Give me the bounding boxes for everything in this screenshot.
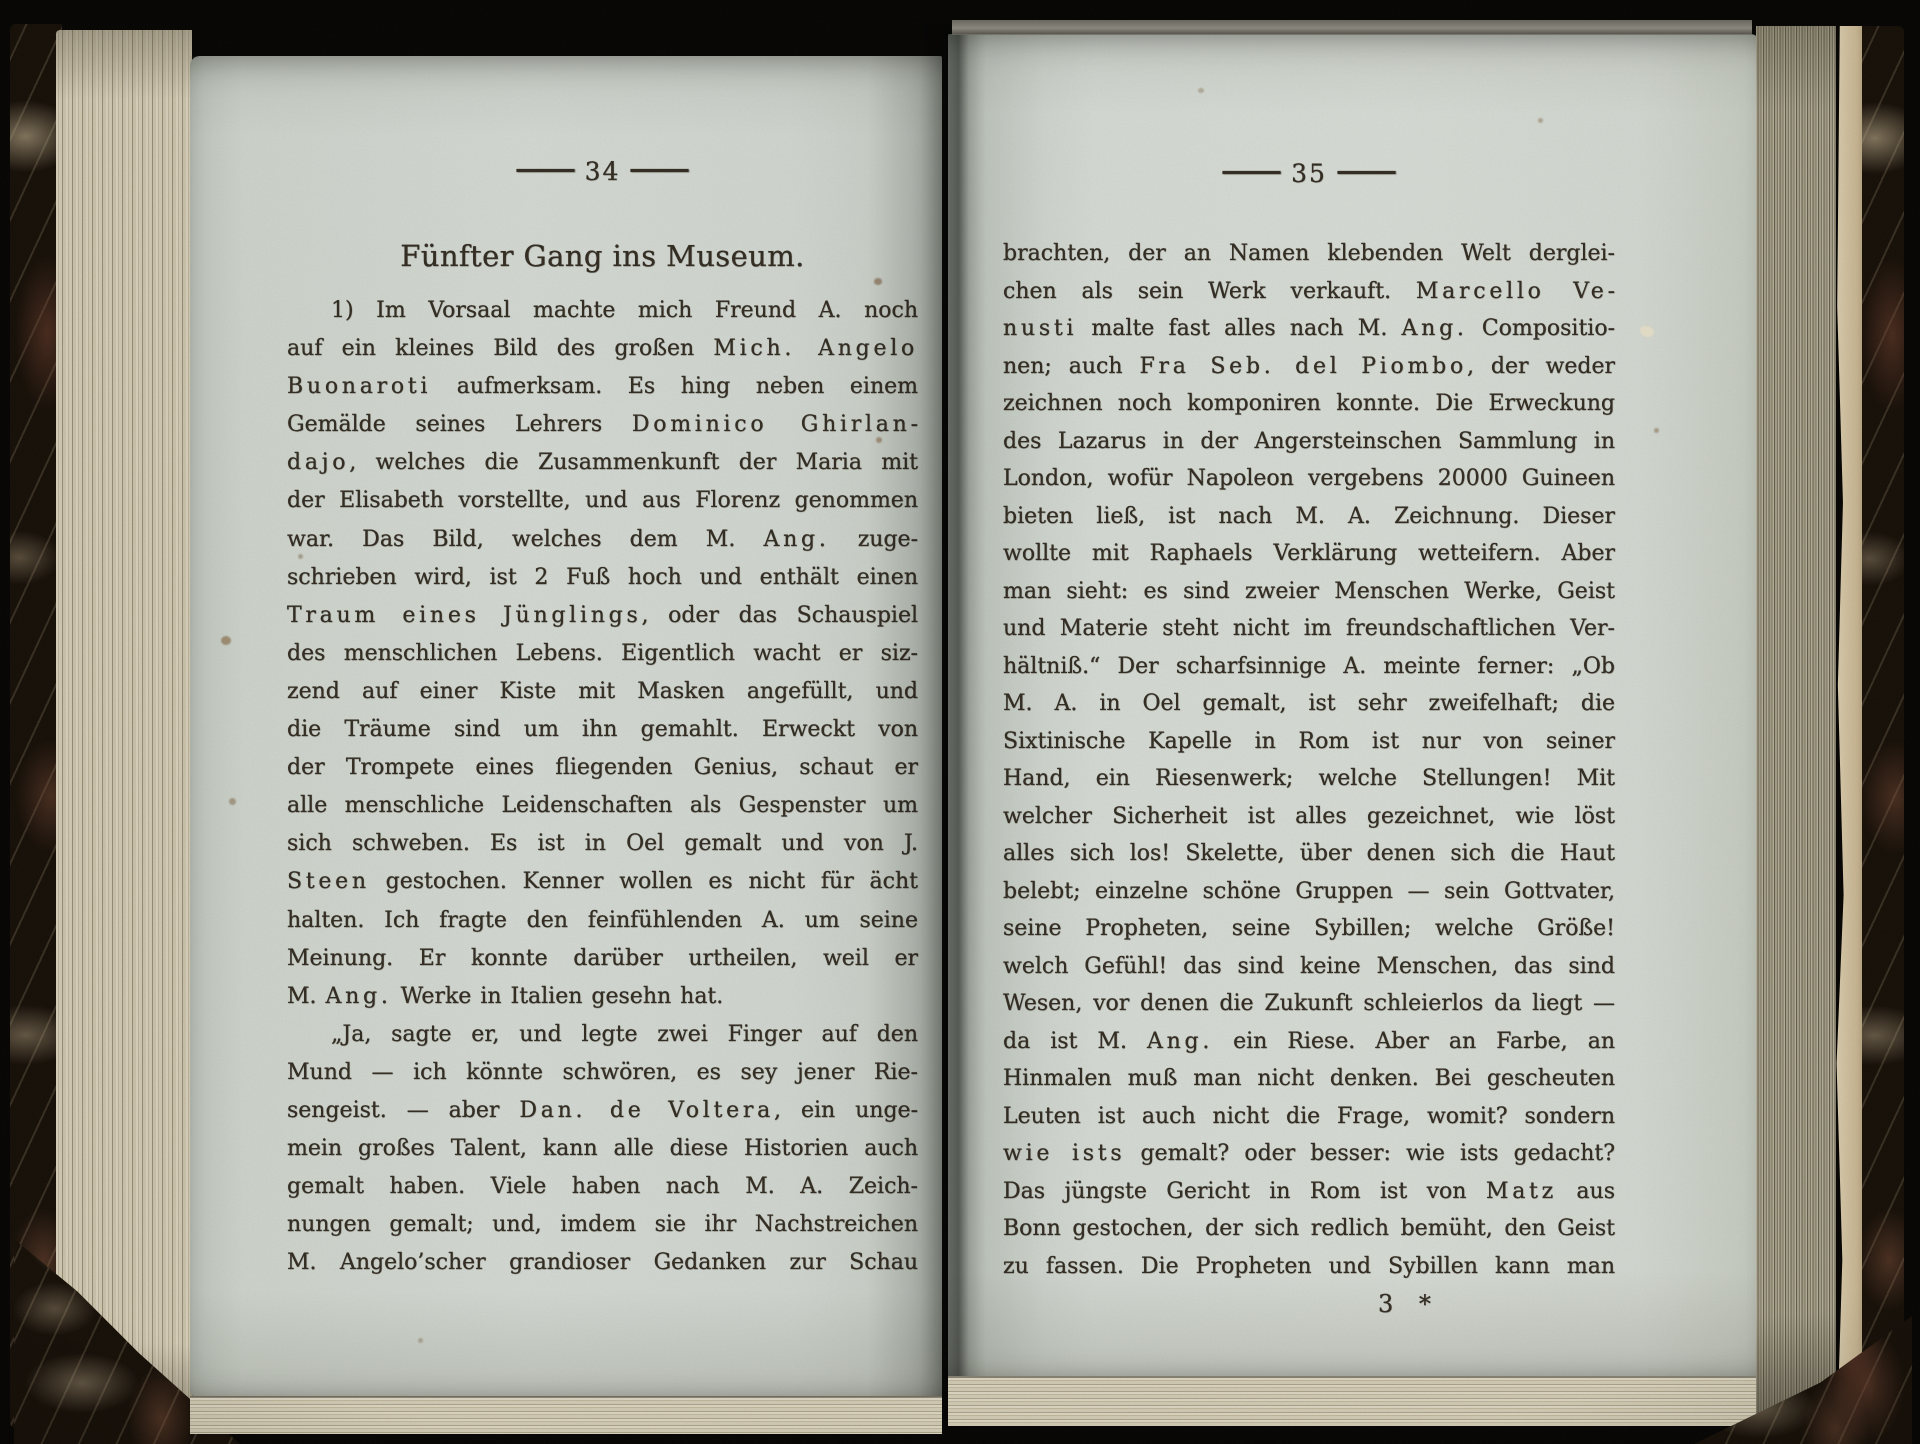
- text-line: alles sich los! Skelette, über denen sic…: [1003, 835, 1615, 873]
- text-line: welcher Sicherheit ist alles gezeichnet,…: [1003, 798, 1615, 836]
- text-line: Buonaroti aufmerksam. Es hing neben eine…: [287, 368, 918, 406]
- text-line: wie ists gemalt? oder besser: wie ists g…: [1003, 1135, 1615, 1173]
- text-line: alle menschliche Leidenschaften als Gesp…: [287, 787, 918, 825]
- text-line: Gemälde seines Lehrers Dominico Ghirlan-: [287, 406, 918, 444]
- letterspaced-name: Dan. de Voltera: [519, 1098, 774, 1123]
- page-34-header: —34—: [287, 157, 959, 186]
- letterspaced-name: Steen: [287, 869, 370, 894]
- text-line: schrieben wird, ist 2 Fuß hoch und enthä…: [287, 559, 918, 597]
- right-cover-edge: [1862, 26, 1904, 1428]
- text-line: Sixtinische Kapelle in Rom ist nur von s…: [1003, 723, 1615, 761]
- right-page-top-edge: [952, 20, 1752, 35]
- text-line: sich schweben. Es ist in Oel gemalt und …: [287, 825, 918, 863]
- text-line: nen; auch Fra Seb. del Piombo, der weder: [1003, 348, 1615, 386]
- left-page-bottom-edge: [190, 1396, 942, 1434]
- text-line: zend auf einer Kiste mit Masken angefüll…: [287, 673, 918, 711]
- text-line: des menschlichen Lebens. Eigentlich wach…: [287, 635, 918, 673]
- left-page-text: 1) Im Vorsaal machte mich Freund A. noch…: [287, 292, 918, 1282]
- text-line: hältniß.“ Der scharfsinnige A. meinte fe…: [1003, 648, 1615, 686]
- left-page-edge-stack: [56, 30, 192, 1428]
- book-photo: —34— Fünfter Gang ins Museum. 1) Im Vors…: [0, 0, 1920, 1444]
- header-dash-icon: —: [1219, 156, 1284, 185]
- right-page-edge-stack: [1756, 26, 1836, 1426]
- letterspaced-name: Ang.: [326, 984, 392, 1009]
- text-line: zu fassen. Die Propheten und Sybillen ka…: [1003, 1248, 1615, 1286]
- letterspaced-name: Buonaroti: [287, 374, 431, 399]
- text-line: seine Propheten, seine Sybillen; welche …: [1003, 910, 1615, 948]
- text-line: „Ja, sagte er, und legte zwei Finger auf…: [287, 1016, 918, 1054]
- right-page: —35— brachten, der an Namen klebenden We…: [948, 34, 1760, 1378]
- page-number-34: 34: [585, 157, 621, 186]
- letterspaced-name: dajo: [287, 450, 349, 475]
- letterspaced-name: wie ists: [1003, 1141, 1125, 1166]
- text-line: Traum eines Jünglings, oder das Schauspi…: [287, 597, 918, 635]
- text-line: M. Angelo’scher grandioser Gedanken zur …: [287, 1244, 918, 1282]
- text-line: M. Ang. Werke in Italien gesehn hat.: [287, 978, 918, 1016]
- text-line: Meinung. Er konnte darüber urtheilen, we…: [287, 940, 918, 978]
- text-line: bieten ließ, ist nach M. A. Zeichnung. D…: [1003, 498, 1615, 536]
- letterspaced-name: Dominico Ghirlan: [632, 412, 911, 437]
- paragraph: 1) Im Vorsaal machte mich Freund A. noch…: [287, 292, 918, 1016]
- text-line: da ist M. Ang. ein Riese. Aber an Farbe,…: [1003, 1023, 1615, 1061]
- text-line: des Lazarus in der Angersteinschen Samml…: [1003, 423, 1615, 461]
- text-line: Bonn gestochen, der sich redlich bemüht,…: [1003, 1210, 1615, 1248]
- letterspaced-name: Ang.: [1402, 316, 1468, 341]
- text-line: belebt; einzelne schöne Gruppen — sein G…: [1003, 873, 1615, 911]
- letterspaced-name: Ang.: [1147, 1029, 1213, 1054]
- text-line: London, wofür Napoleon vergebens 20000 G…: [1003, 460, 1615, 498]
- text-line: nungen gemalt; und, imdem sie ihr Nachst…: [287, 1206, 918, 1244]
- text-line: zeichnen noch komponiren konnte. Die Erw…: [1003, 385, 1615, 423]
- text-line: der Trompete eines fliegenden Genius, sc…: [287, 749, 918, 787]
- paragraph: „Ja, sagte er, und legte zwei Finger auf…: [287, 1016, 918, 1283]
- text-line: chen als sein Werk verkauft. Marcello Ve…: [1003, 273, 1615, 311]
- text-line: dajo, welches die Zusammenkunft der Mari…: [287, 444, 918, 482]
- letterspaced-name: Mich. Angelo: [713, 336, 918, 361]
- text-line: auf ein kleines Bild des großen Mich. An…: [287, 330, 918, 368]
- right-page-text: brachten, der an Namen klebenden Welt de…: [1003, 235, 1615, 1285]
- letterspaced-name: Marcello Ve: [1416, 279, 1608, 304]
- page-number-35: 35: [1291, 159, 1327, 188]
- text-line: und Materie steht nicht im freundschaftl…: [1003, 610, 1615, 648]
- text-line: Das jüngste Gericht in Rom ist von Matz …: [1003, 1173, 1615, 1211]
- text-line: 1) Im Vorsaal machte mich Freund A. noch: [287, 292, 918, 330]
- text-line: Mund — ich könnte schwören, es sey jener…: [287, 1054, 918, 1092]
- text-line: wollte mit Raphaels Verklärung wetteifer…: [1003, 535, 1615, 573]
- text-line: war. Das Bild, welches dem M. Ang. zuge-: [287, 521, 918, 559]
- chapter-heading: Fünfter Gang ins Museum.: [287, 239, 962, 273]
- page-35-header: —35—: [1003, 159, 1633, 188]
- header-dash-icon: —: [513, 154, 578, 183]
- text-line: gemalt haben. Viele haben nach M. A. Zei…: [287, 1168, 918, 1206]
- text-line: welch Gefühl! das sind keine Menschen, d…: [1003, 948, 1615, 986]
- text-line: halten. Ich fragte den feinfühlenden A. …: [287, 902, 918, 940]
- right-page-bottom-edge: [948, 1376, 1758, 1426]
- left-cover-edge: [10, 24, 62, 1428]
- text-line: Wesen, vor denen die Zukunft schleierlos…: [1003, 985, 1615, 1023]
- text-line: mein großes Talent, kann alle diese Hist…: [287, 1130, 918, 1168]
- letterspaced-name: Fra Seb. del Piombo: [1140, 354, 1467, 379]
- header-dash-icon: —: [627, 154, 692, 183]
- text-line: M. A. in Oel gemalt, ist sehr zweifelhaf…: [1003, 685, 1615, 723]
- text-line: der Elisabeth vorstellte, und aus Floren…: [287, 482, 918, 520]
- text-line: brachten, der an Namen klebenden Welt de…: [1003, 235, 1615, 273]
- text-line: Hand, ein Riesenwerk; welche Stellungen!…: [1003, 760, 1615, 798]
- text-line: Hinmalen muß man nicht denken. Bei gesch…: [1003, 1060, 1615, 1098]
- letterspaced-name: Ang.: [763, 527, 829, 552]
- letterspaced-name: nusti: [1003, 316, 1077, 341]
- text-line: die Träume sind um ihn gemahlt. Erweckt …: [287, 711, 918, 749]
- left-page: —34— Fünfter Gang ins Museum. 1) Im Vors…: [190, 56, 942, 1398]
- letterspaced-name: Traum eines Jünglings: [287, 603, 642, 628]
- text-line: nusti malte fast alles nach M. Ang. Comp…: [1003, 310, 1615, 348]
- text-line: man sieht: es sind zweier Menschen Werke…: [1003, 573, 1615, 611]
- text-line: Leuten ist auch nicht die Frage, womit? …: [1003, 1098, 1615, 1136]
- text-line: sengeist. — aber Dan. de Voltera, ein un…: [287, 1092, 918, 1130]
- letterspaced-name: Matz: [1486, 1179, 1557, 1204]
- text-line: Steen gestochen. Kenner wollen es nicht …: [287, 863, 918, 901]
- header-dash-icon: —: [1334, 156, 1399, 185]
- paragraph: brachten, der an Namen klebenden Welt de…: [1003, 235, 1615, 1285]
- signature-mark: 3 *: [1378, 1290, 1432, 1318]
